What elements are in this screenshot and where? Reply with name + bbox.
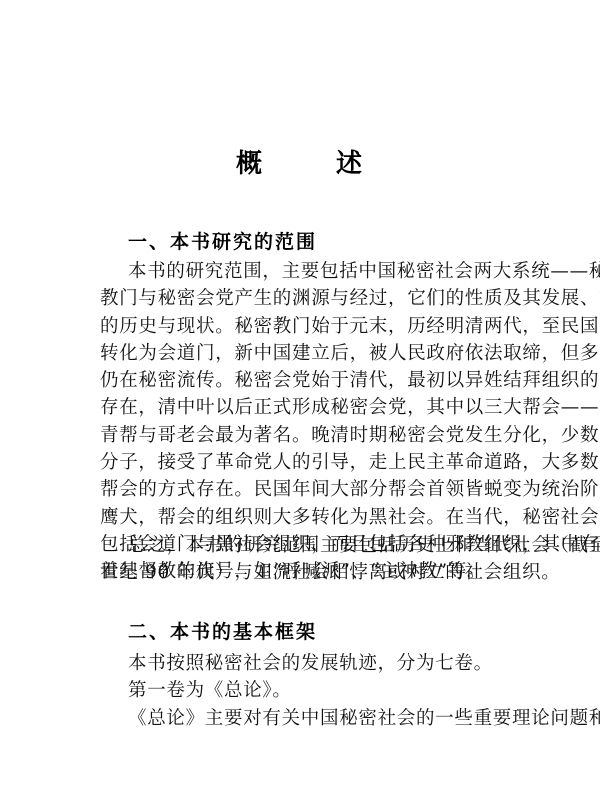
text-line: 鹰犬，帮会的组织则大多转化为黑社会。在当代，秘密社会不仅	[100, 504, 540, 531]
chapter-title-char-2: 述	[336, 143, 364, 180]
text-line: 转化为会道门，新中国建立后，被人民政府依法取缔，但多年来	[100, 340, 540, 367]
text-line: 教门与秘密会党产生的渊源与经过，它们的性质及其发展、演变	[100, 285, 540, 312]
section-heading-scope: 一、本书研究的范围	[128, 227, 317, 254]
paragraph-scope-summary: 总之，本书的研究范围主要包括历史上和当代社会（截至 20 世纪 90 年代）与主…	[100, 532, 540, 587]
section-heading-framework: 二、本书的基本框架	[128, 617, 317, 644]
text-line: 的历史与现状。秘密教门始于元末，历经明清两代，至民国年间	[100, 313, 540, 340]
text-line: 分子，接受了革命党人的引导，走上民主革命道路，大多数则以	[100, 449, 540, 476]
text-line: 世纪 90 年代）与主流社会相悖离或对立的社会组织。	[100, 559, 540, 586]
chapter-title: 概述	[0, 143, 600, 180]
paragraph-framework: 本书按照秘密社会的发展轨迹，分为七卷。 第一卷为《总论》。 《总论》主要对有关中…	[100, 650, 540, 732]
text-line: 仍在秘密流传。秘密会党始于清代，最初以异姓结拜组织的形式	[100, 367, 540, 394]
book-page: 概述 一、本书研究的范围 本书的研究范围，主要包括中国秘密社会两大系统——秘密 …	[0, 0, 600, 800]
text-line: 第一卷为《总论》。	[100, 677, 540, 704]
text-line: 帮会的方式存在。民国年间大部分帮会首领皆蜕变为统治阶级的	[100, 476, 540, 503]
text-line: 存在，清中叶以后正式形成秘密会党，其中以三大帮会——洪门、	[100, 394, 540, 421]
text-line: 青帮与哥老会最为著名。晚清时期秘密会党发生分化，少数先进	[100, 422, 540, 449]
text-line: 本书的研究范围，主要包括中国秘密社会两大系统——秘密	[100, 258, 540, 285]
text-line: 《总论》主要对有关中国秘密社会的一些重要理论问题和有争	[100, 705, 540, 732]
text-line: 本书按照秘密社会的发展轨迹，分为七卷。	[100, 650, 540, 677]
chapter-title-char-1: 概	[236, 143, 264, 180]
text-line: 总之，本书的研究范围主要包括历史上和当代社会（截至 20	[100, 532, 540, 559]
